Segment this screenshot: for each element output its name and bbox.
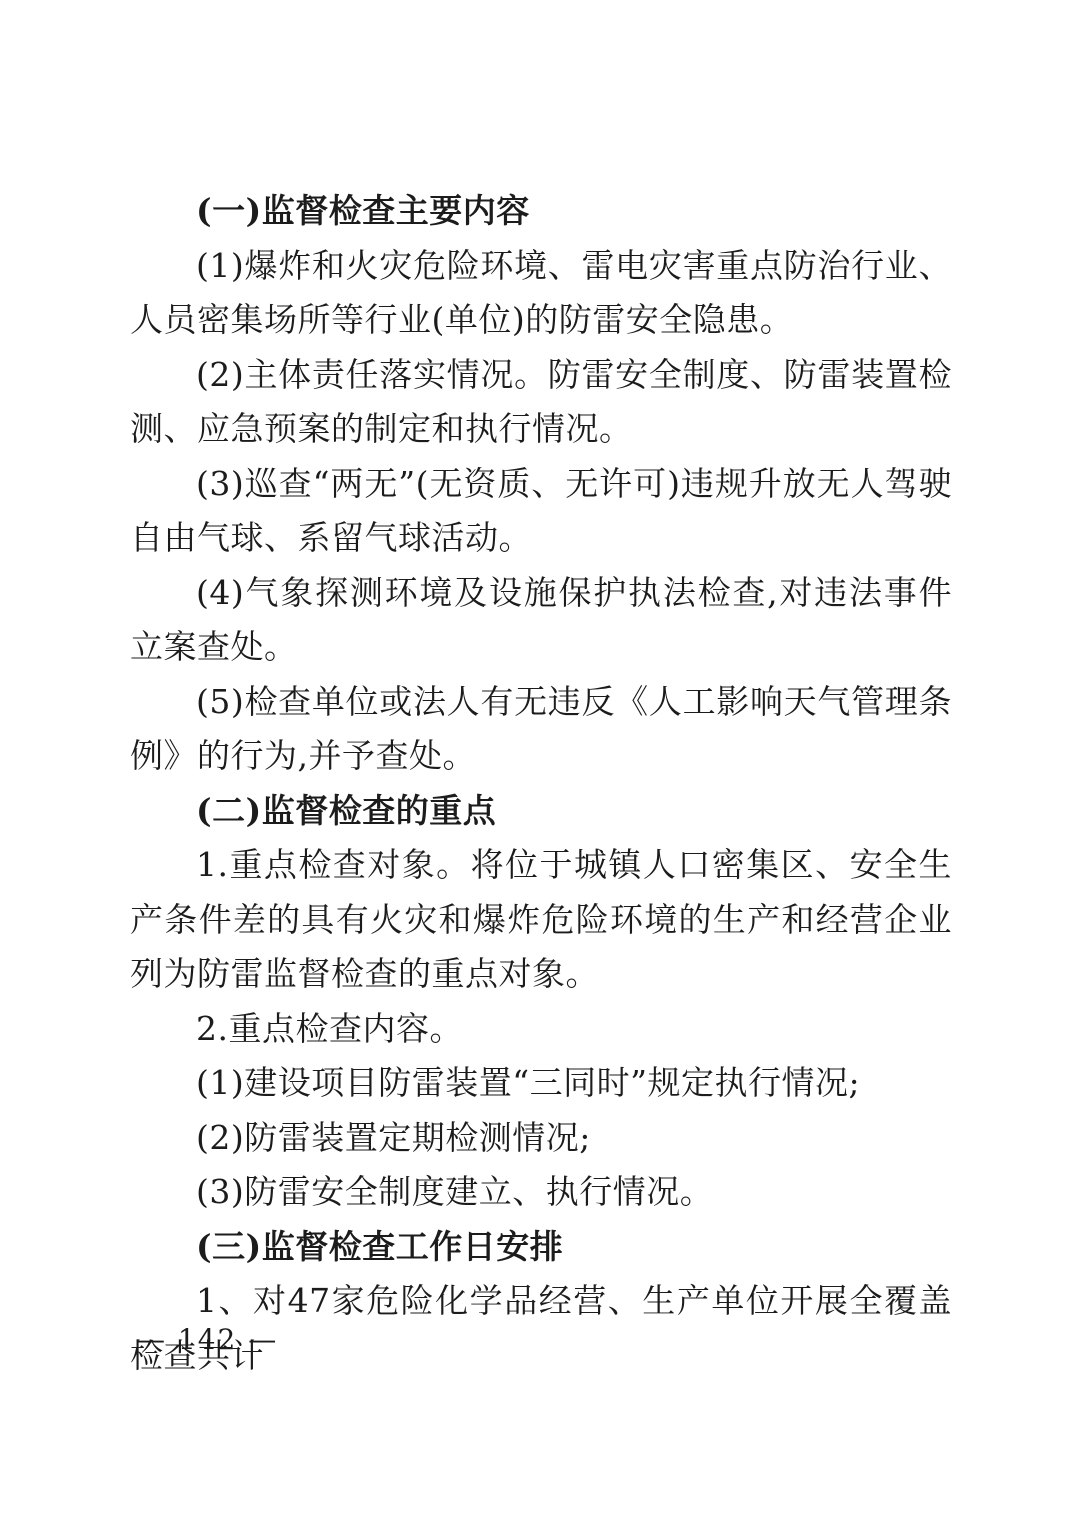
para-key-inspection-targets: 1.重点检查对象。将位于城镇人口密集区、安全生产条件差的具有火灾和爆炸危险环境的… (130, 838, 952, 1002)
para-three-simultaneity: (1)建设项目防雷装置“三同时”规定执行情况; (130, 1056, 952, 1111)
para-safety-system: (3)防雷安全制度建立、执行情况。 (130, 1165, 952, 1220)
page-number: — 142 — (137, 1322, 278, 1358)
heading-section-two: (二)监督检查的重点 (130, 784, 952, 839)
document-body: (一)监督检查主要内容 (1)爆炸和火灾危险环境、雷电灾害重点防治行业、人员密集… (130, 184, 952, 1383)
heading-section-one: (一)监督检查主要内容 (130, 184, 952, 239)
para-hazard-environments: (1)爆炸和火灾危险环境、雷电灾害重点防治行业、人员密集场所等行业(单位)的防雷… (130, 239, 952, 348)
para-meteorological-enforcement: (4)气象探测环境及设施保护执法检查,对违法事件立案查处。 (130, 566, 952, 675)
document-page: (一)监督检查主要内容 (1)爆炸和火灾危险环境、雷电灾害重点防治行业、人员密集… (0, 0, 1074, 1520)
para-weather-modification-regulation: (5)检查单位或法人有无违反《人工影响天气管理条例》的行为,并予查处。 (130, 675, 952, 784)
para-balloon-patrol: (3)巡查“两无”(无资质、无许可)违规升放无人驾驶自由气球、系留气球活动。 (130, 457, 952, 566)
para-key-inspection-contents: 2.重点检查内容。 (130, 1002, 952, 1057)
heading-section-three: (三)监督检查工作日安排 (130, 1220, 952, 1275)
para-periodic-testing: (2)防雷装置定期检测情况; (130, 1111, 952, 1166)
para-responsibility-implementation: (2)主体责任落实情况。防雷安全制度、防雷装置检测、应急预案的制定和执行情况。 (130, 348, 952, 457)
